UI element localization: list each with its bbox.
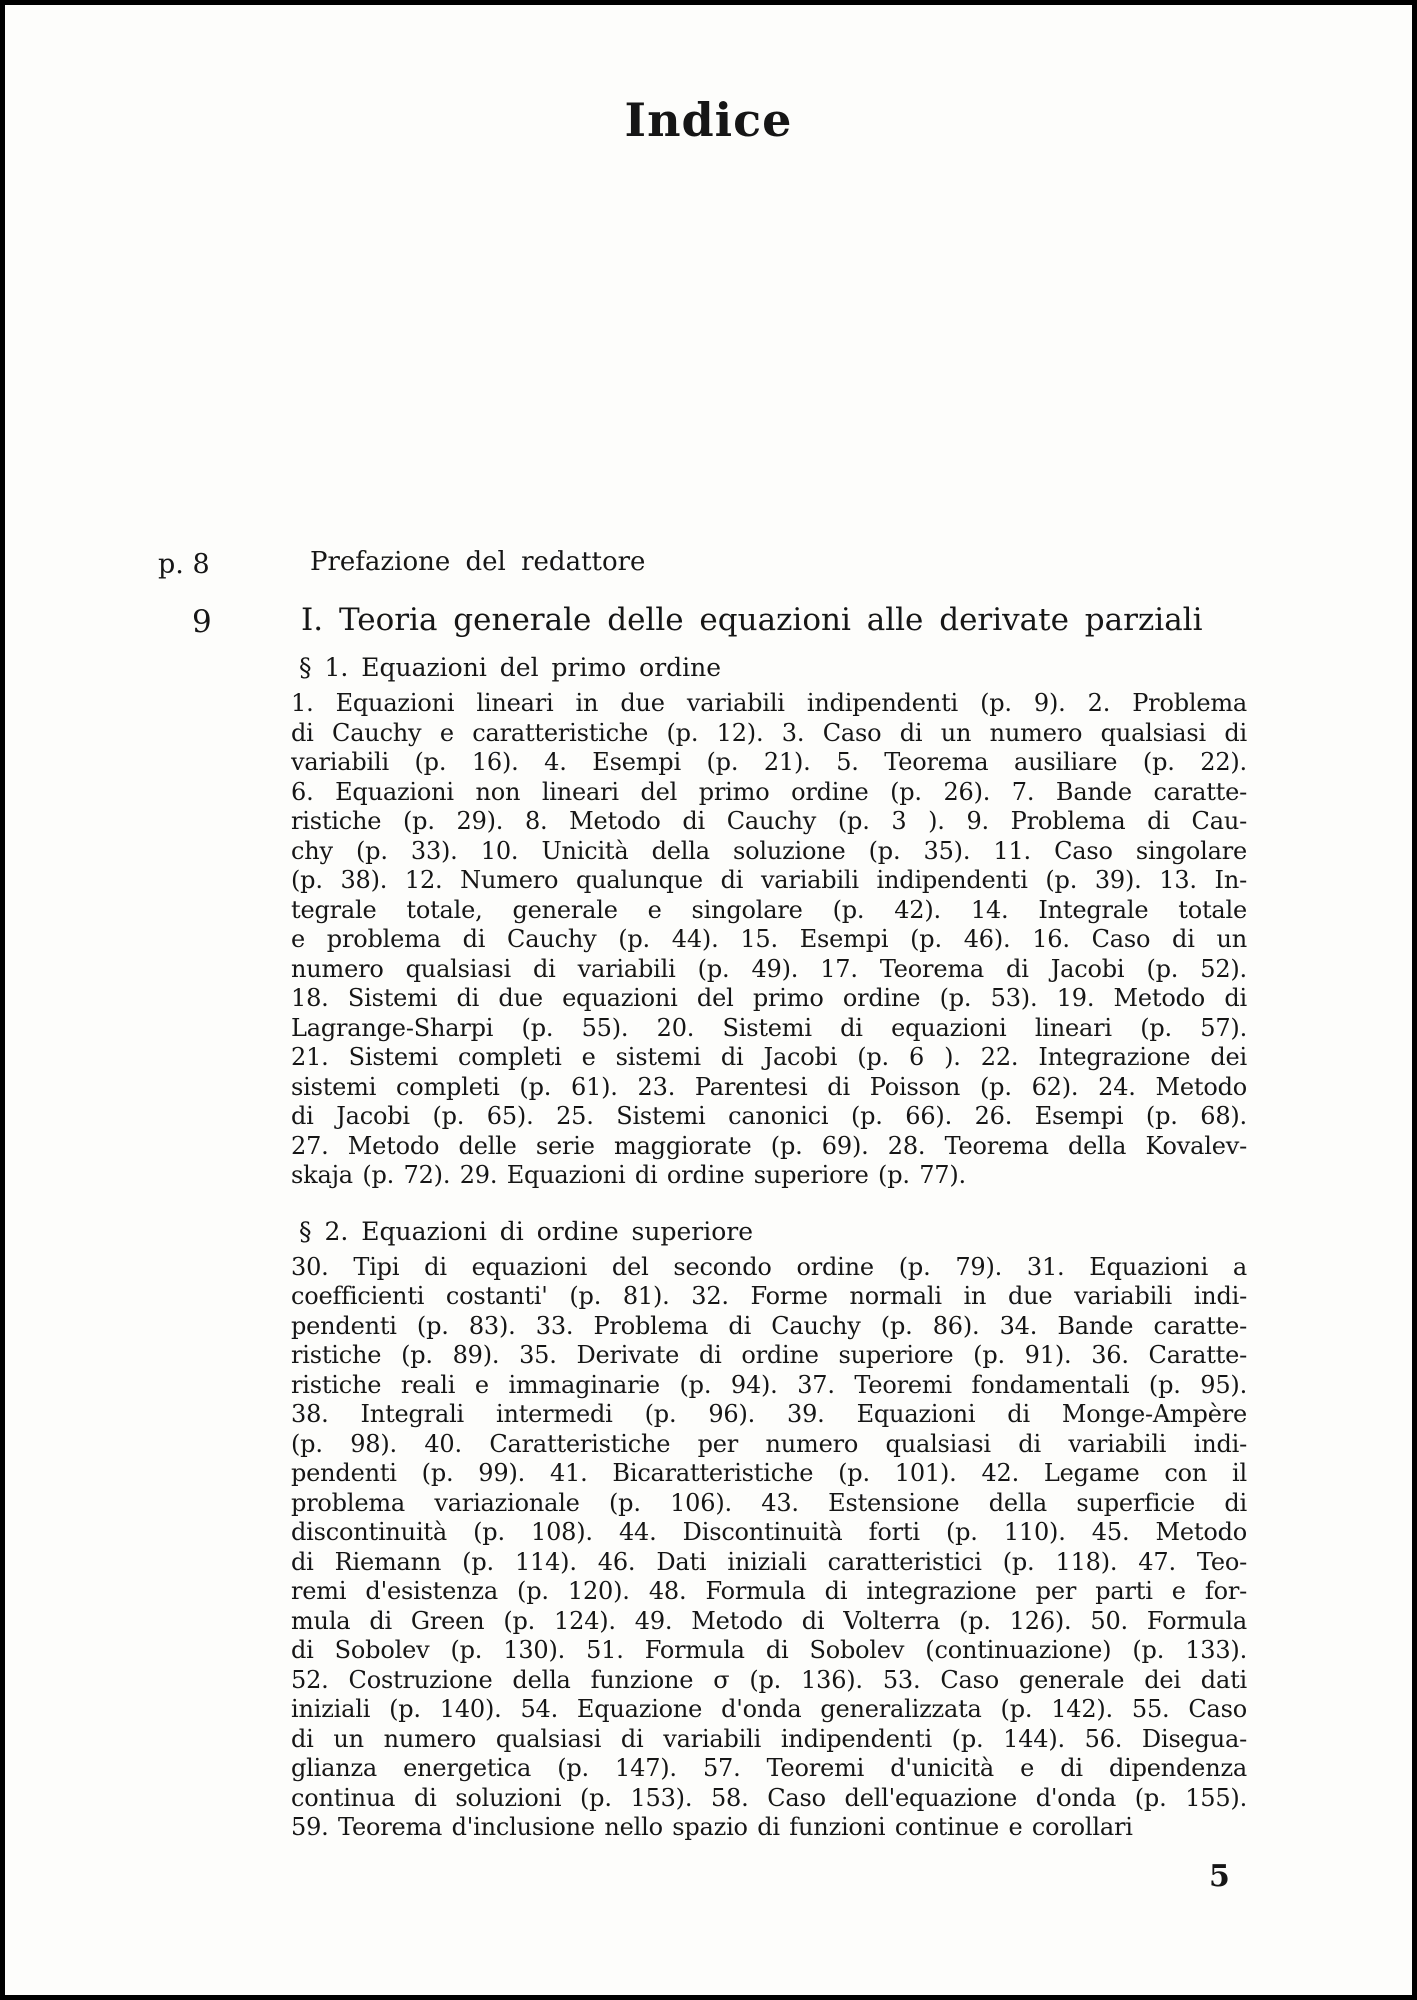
- toc-line: di Sobolev (p. 130). 51. Formula di Sobo…: [291, 1636, 1247, 1666]
- toc-line: (p. 98). 40. Caratteristiche per numero …: [291, 1430, 1247, 1460]
- toc-section: § 2. Equazioni di ordine superiore30. Ti…: [291, 1217, 1247, 1843]
- toc-line: 6. Equazioni non lineari del primo ordin…: [291, 778, 1247, 808]
- preface-label: Prefazione del redattore: [310, 547, 645, 577]
- toc-line: 18. Sistemi di due equazioni del primo o…: [291, 984, 1247, 1014]
- toc-line: ristiche (p. 29). 8. Metodo di Cauchy (p…: [291, 807, 1247, 837]
- toc-sections: § 1. Equazioni del primo ordine1. Equazi…: [291, 653, 1247, 1843]
- toc-line: continua di soluzioni (p. 153). 58. Caso…: [291, 1784, 1247, 1814]
- toc-line: 52. Costruzione della funzione σ (p. 136…: [291, 1666, 1247, 1696]
- toc-line: remi d'esistenza (p. 120). 48. Formula d…: [291, 1577, 1247, 1607]
- section-body: 30. Tipi di equazioni del secondo ordine…: [291, 1253, 1247, 1843]
- toc-line: variabili (p. 16). 4. Esempi (p. 21). 5.…: [291, 748, 1247, 778]
- toc-line: mula di Green (p. 124). 49. Metodo di Vo…: [291, 1607, 1247, 1637]
- toc-line: chy (p. 33). 10. Unicità della soluzione…: [291, 837, 1247, 867]
- toc-line: problema variazionale (p. 106). 43. Este…: [291, 1489, 1247, 1519]
- toc-line: 38. Integrali intermedi (p. 96). 39. Equ…: [291, 1400, 1247, 1430]
- toc-line: coefficienti costanti' (p. 81). 32. Form…: [291, 1282, 1247, 1312]
- toc-line: discontinuità (p. 108). 44. Discontinuit…: [291, 1518, 1247, 1548]
- toc-line: tegrale totale, generale e singolare (p.…: [291, 896, 1247, 926]
- toc-line: glianza energetica (p. 147). 57. Teoremi…: [291, 1754, 1247, 1784]
- toc-line: 27. Metodo delle serie maggiorate (p. 69…: [291, 1132, 1247, 1162]
- toc-line: di un numero qualsiasi di variabili indi…: [291, 1725, 1247, 1755]
- toc-line: 59. Teorema d'inclusione nello spazio di…: [291, 1813, 1247, 1843]
- preface-page-ref: p. 8: [158, 549, 210, 580]
- toc-line: ristiche reali e immaginarie (p. 94). 37…: [291, 1371, 1247, 1401]
- toc-line: skaja (p. 72). 29. Equazioni di ordine s…: [291, 1161, 1247, 1191]
- toc-line: 1. Equazioni lineari in due variabili in…: [291, 689, 1247, 719]
- toc-line: iniziali (p. 140). 54. Equazione d'onda …: [291, 1695, 1247, 1725]
- chapter-page-ref: 9: [192, 604, 212, 640]
- toc-line: pendenti (p. 83). 33. Problema di Cauchy…: [291, 1312, 1247, 1342]
- book-page: Indice p. 8 Prefazione del redattore 9 I…: [0, 0, 1417, 2000]
- toc-line: numero qualsiasi di variabili (p. 49). 1…: [291, 955, 1247, 985]
- toc-line: e problema di Cauchy (p. 44). 15. Esempi…: [291, 925, 1247, 955]
- section-body: 1. Equazioni lineari in due variabili in…: [291, 689, 1247, 1191]
- toc-section: § 1. Equazioni del primo ordine1. Equazi…: [291, 653, 1247, 1191]
- toc-line: sistemi completi (p. 61). 23. Parentesi …: [291, 1073, 1247, 1103]
- toc-line: di Riemann (p. 114). 46. Dati iniziali c…: [291, 1548, 1247, 1578]
- section-heading: § 2. Equazioni di ordine superiore: [291, 1217, 1247, 1247]
- toc-line: di Jacobi (p. 65). 25. Sistemi canonici …: [291, 1102, 1247, 1132]
- toc-line: pendenti (p. 99). 41. Bicaratteristiche …: [291, 1459, 1247, 1489]
- chapter-title: I. Teoria generale delle equazioni alle …: [301, 602, 1203, 638]
- toc-line: 21. Sistemi completi e sistemi di Jacobi…: [291, 1043, 1247, 1073]
- toc-line: Lagrange-Sharpi (p. 55). 20. Sistemi di …: [291, 1014, 1247, 1044]
- section-heading: § 1. Equazioni del primo ordine: [291, 653, 1247, 683]
- page-title: Indice: [5, 93, 1412, 147]
- toc-line: ristiche (p. 89). 35. Derivate di ordine…: [291, 1341, 1247, 1371]
- toc-line: 30. Tipi di equazioni del secondo ordine…: [291, 1253, 1247, 1283]
- toc-line: di Cauchy e caratteristiche (p. 12). 3. …: [291, 719, 1247, 749]
- toc-line: (p. 38). 12. Numero qualunque di variabi…: [291, 866, 1247, 896]
- page-number: 5: [1209, 1859, 1230, 1894]
